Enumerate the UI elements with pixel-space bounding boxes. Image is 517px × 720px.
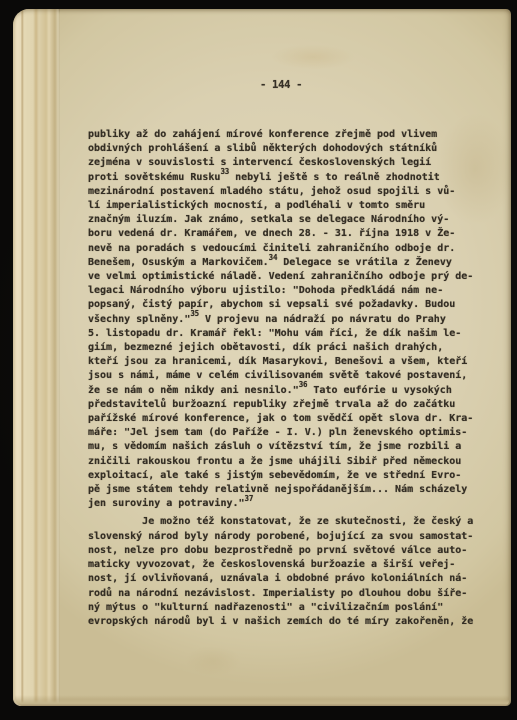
text-line: maticky vyvozovat, že československá bur…: [88, 558, 488, 572]
page-number: - 144 -: [260, 79, 302, 91]
page-edge-bottom: [15, 695, 509, 706]
text-line: máře: "Jel jsem tam (do Paříže - I. V.) …: [88, 426, 488, 440]
text-line: mezinárodní postavení mladého státu, jeh…: [88, 185, 488, 199]
footnote-ref: 34: [269, 253, 278, 262]
text-line: pě jsme státem tehdy relativně nejspořád…: [88, 483, 488, 497]
text-line: evropských národů byl i v našich zemích …: [88, 615, 488, 629]
text-line: nost, jí ovlivňovaná, uznávala i obdobné…: [88, 572, 488, 586]
text-line: jen suroviny a potraviny."37: [88, 497, 488, 511]
text-line: boru vedená dr. Kramářem, ve dnech 28. -…: [88, 227, 488, 241]
text-line: popsaný, čistý papír, abychom si vepsali…: [88, 298, 488, 312]
footnote-ref: 37: [245, 494, 254, 503]
text-line: že se nám o něm nikdy ani nesnilo."36 Ta…: [88, 384, 488, 398]
text-line: publiky až do zahájení mírové konference…: [88, 128, 488, 142]
text-line: obdivných prohlášení a slibů některých d…: [88, 142, 488, 156]
text-line: legaci Národního výboru ujistilo: "Dohod…: [88, 284, 488, 298]
text-line: zejména v souvislosti s intervencí česko…: [88, 156, 488, 170]
text-line: ný mýtus o "kulturní nadřazenosti" a "ci…: [88, 601, 488, 615]
text-line: lí imperialistických mocností, a podléha…: [88, 199, 488, 213]
text-line: nost, nelze pro dobu bezprostředně po pr…: [88, 544, 488, 558]
text-line: proti sovětskému Rusku33 nebyli ještě s …: [88, 171, 488, 185]
paragraph: publiky až do zahájení mírové konference…: [88, 128, 488, 511]
text-line: rodů na národní nezávislost. Imperialist…: [88, 587, 488, 601]
text-line: mu, s vědomím našich zásluh o vítězství …: [88, 440, 488, 454]
footnote-ref: 33: [220, 167, 229, 176]
paragraph: Je možno též konstatovat, že ze skutečno…: [88, 515, 488, 629]
text-line: zničili rakouskou frontu a že jsme uháji…: [88, 455, 488, 469]
page-body: publiky až do zahájení mírové konference…: [88, 128, 488, 629]
text-line: giím, bezmezné jejich obětavosti, dík pr…: [88, 341, 488, 355]
footnote-ref: 36: [299, 380, 308, 389]
photo-background: { "page": { "header": "- 144 -", "paragr…: [0, 0, 517, 720]
text-line: nevě na poradách s vedoucími činiteli za…: [88, 242, 488, 256]
text-line: slovenský národ byly národy porobené, bo…: [88, 530, 488, 544]
text-line: Je možno též konstatovat, že ze skutečno…: [88, 515, 488, 529]
text-line: pařížské mírové konference, jak o tom sv…: [88, 412, 488, 426]
page-edge-stack: [13, 9, 60, 706]
text-line: ve velmi optimistické náladě. Vedení zah…: [88, 270, 488, 284]
text-line: exploitací, ale také s jistým sebevědomí…: [88, 469, 488, 483]
text-line: Benešem, Osuským a Markovičem.34 Delegac…: [88, 256, 488, 270]
footnote-ref: 35: [190, 309, 199, 318]
text-line: všechny splněny."35 V projevu na nádraží…: [88, 313, 488, 327]
text-line: jsou s námi, máme v celém civilisovaném …: [88, 369, 488, 383]
text-line: značným iluzím. Jak známo, setkala se de…: [88, 213, 488, 227]
text-line: kteří jsou za hranicemi, dík Masarykovi,…: [88, 355, 488, 369]
book-page: - 144 - publiky až do zahájení mírové ko…: [13, 9, 511, 706]
text-line: představitelů buržoazní republiky zřejmě…: [88, 398, 488, 412]
text-line: 5. listopadu dr. Kramář řekl: "Mohu vám …: [88, 327, 488, 341]
